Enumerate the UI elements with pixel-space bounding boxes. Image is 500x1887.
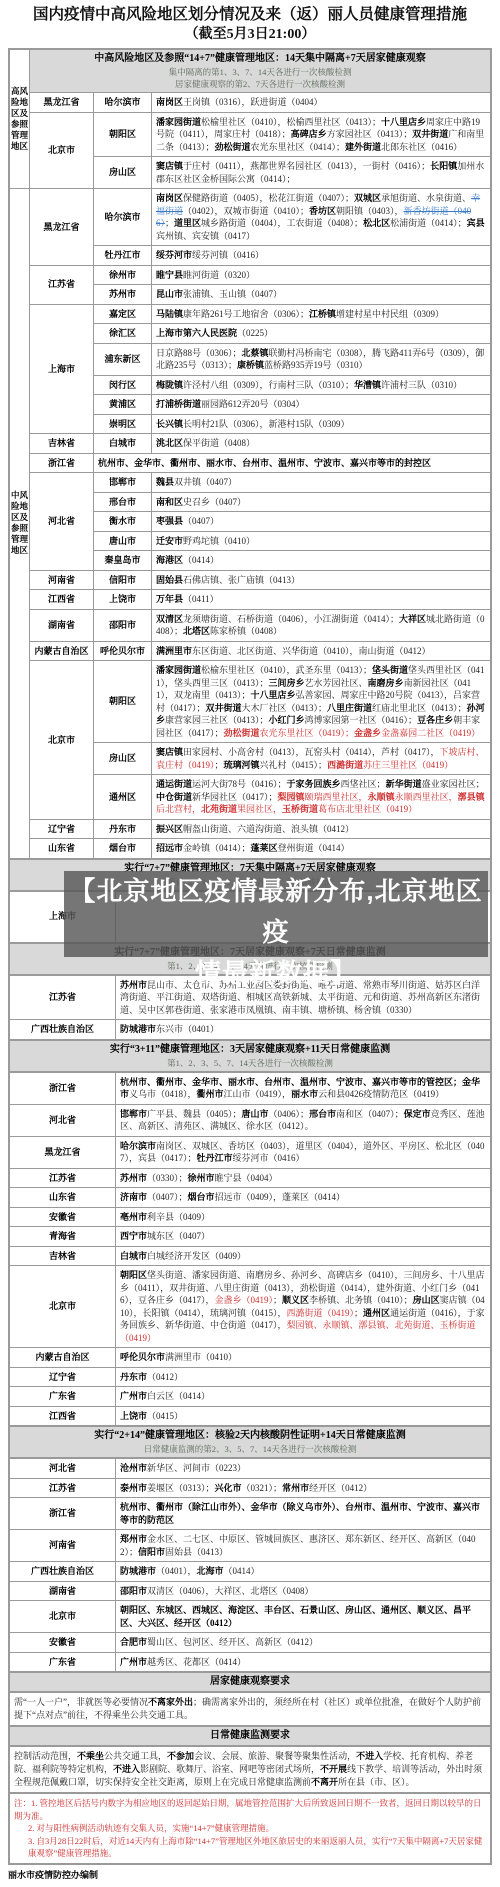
area-content-cell: 邵阳市双清区（0406），大祥区、北塔区（0408）	[116, 1581, 491, 1601]
city-cell: 朝阳区	[94, 112, 152, 157]
text-segment: 农光东里社区（0414）；	[251, 142, 346, 152]
area-content-cell: 苏州市（0330）；徐州市睢宁县（0404）	[116, 1168, 491, 1188]
area-content-cell: 睢宁县睢河街道（0320）	[152, 265, 491, 285]
text-segment: 打浦桥街道	[156, 399, 201, 409]
area-content-cell: 丹东市（0412）	[116, 1367, 491, 1387]
text-segment: 豆各庄乡	[417, 715, 453, 725]
text-segment: 白城经济开发区（0409）	[147, 1251, 246, 1261]
table-row: 河北省沧州市新华区、河间市（0223）	[10, 1459, 491, 1479]
table-row: 北京市朝阳区潘家园街道松榆东里社区（0410），武圣东里（0413）；垡头街道垡…	[10, 661, 491, 743]
band-2-14: 实行“2+14”健康管理地区：核验2天内核酸阴性证明+14天日常健康监测日常健康…	[9, 1426, 491, 1458]
area-content-cell: 白城市白城经济开发区（0409）	[116, 1246, 491, 1266]
text-segment: 所在县（市、区）。	[338, 1777, 415, 1787]
risk-label-cell: 中风险地区及参照管理地区	[10, 189, 30, 859]
text-segment: 高碑店乡	[291, 129, 327, 139]
area-content-cell: 满洲里市东区街道、北区街道、兴华街道（0410），南山街道（0412）	[152, 641, 491, 661]
table-row: 吉林省白城市洮北区保平街道（0408）	[10, 434, 491, 454]
text-segment: 康年路261号工地宿舍（0306）；	[183, 309, 309, 319]
city-cell: 房山区	[94, 157, 152, 189]
risk-header-cell: 中高风险地区及参照“14+7”健康管理地区：14天集中隔离+7天居家健康观察集中…	[30, 50, 491, 93]
area-content-cell: 万年县（0411）	[152, 590, 491, 610]
text-segment: 东兴市（0401）	[156, 1024, 219, 1034]
text-segment: 杭州市、衢州市、金华市、丽水市、台州市、温州市、宁波市、嘉兴市等市的管控区；	[120, 1077, 462, 1087]
province-cell: 辽宁省	[30, 819, 94, 839]
requirement-text-cell: 控制活动范围，不乘坐公共交通工具，不参加会议、会展、旅游、聚餐等聚集性活动，不进…	[10, 1747, 491, 1793]
text-segment: 睢宁县（0404）	[215, 1173, 278, 1183]
area-content-cell: 朝阳区垡头街道、潘家园街道、南磨房乡、孙河乡、高碑店乡（0410），三间房乡、十…	[116, 1266, 491, 1348]
text-segment: ；	[165, 218, 174, 228]
text-segment: 长明村21队（0306），新港村15队（0309）	[183, 419, 350, 429]
text-segment: 万年县	[156, 594, 183, 604]
text-segment: 云和县0426疫情防范区（0419）	[318, 1089, 444, 1099]
province-cell: 广东省	[10, 1652, 116, 1672]
text-segment: 北郎东社区（0416）	[381, 142, 462, 152]
province-cell: 河南省	[10, 1530, 116, 1562]
text-segment: 昆山市	[156, 289, 183, 299]
area-content-cell: 合肥市蜀山区、包河区、经开区、高新区（0412）	[116, 1633, 491, 1653]
text-segment: 八里庄街道	[327, 703, 372, 713]
text-segment: 康营家园三社区（0413）；	[165, 715, 269, 725]
text-segment: 绥芬河镇（0416）	[192, 250, 264, 260]
area-content-cell: 潘家园街道松榆东里社区（0410），武圣东里（0413）；垡头街道垡头西里社区（…	[152, 661, 491, 743]
text-segment: 招远市（0409），蓬莱区（0414）	[215, 1192, 346, 1202]
city-cell: 烟台市	[94, 839, 152, 859]
text-segment: 迁安市	[156, 536, 183, 546]
text-segment: 枣强县	[156, 516, 183, 526]
area-content-cell: 哈尔滨市南岗区、双城区、香坊区（0403），道里区（0404），道外区、平房区、…	[116, 1136, 491, 1168]
text-segment: 鸿博家园第一社区（0416）；	[305, 715, 418, 725]
text-segment: 金岭镇（0414）；	[183, 843, 251, 853]
text-segment: 马陆镇	[156, 309, 183, 319]
text-segment: 小红门乡	[269, 715, 305, 725]
band-cell: 日常健康监测要求	[10, 1727, 491, 1746]
text-segment: 通州区	[363, 1308, 390, 1318]
text-segment: 南岗区	[156, 97, 183, 107]
city-cell: 房山区	[94, 743, 152, 775]
text-segment: 梅陇镇	[156, 380, 183, 390]
city-cell: 唐山市	[94, 531, 152, 551]
city-cell: 通州区	[94, 775, 152, 820]
text-segment: 长兴镇	[156, 419, 183, 429]
province-cell: 河南省	[30, 570, 94, 590]
text-segment: 绥芬河市	[156, 250, 192, 260]
text-segment: （0407）；	[147, 1192, 188, 1202]
text-segment: 西潞街道	[327, 760, 363, 770]
city-cell: 邢台市	[94, 492, 152, 512]
note-line: 2. 对与阳性病例活动轨迹有交集人员，实施“14+7”健康管理措施。	[28, 1822, 486, 1835]
text-segment: （0414）	[224, 1566, 260, 1576]
province-cell: 辽宁省	[10, 1367, 116, 1387]
text-segment: 信阳市	[138, 1547, 165, 1557]
text-segment: 漷县镇	[458, 792, 485, 802]
province-cell: 北京市	[30, 661, 94, 820]
text-segment: 沧州市	[120, 1463, 147, 1473]
text-segment: 白云区（0414）	[147, 1391, 210, 1401]
text-segment: 衢州市	[197, 1089, 224, 1099]
text-segment: 上海市第六人民医院	[156, 328, 237, 338]
text-segment: 蜀山区、包河区、经开区、高新区（0412）	[147, 1637, 318, 1647]
city-cell: 呼伦贝尔市	[94, 641, 152, 661]
text-segment: 邵阳市	[120, 1586, 147, 1596]
text-segment: 果园社区，	[237, 804, 282, 814]
text-segment: （0406）；	[269, 1109, 310, 1119]
area-content-cell: 打浦桥街道丽园路612弄20号（0304）	[152, 395, 491, 415]
table-row: 河南省信阳市固始县石佛店镇、张广庙镇（0413）	[10, 570, 491, 590]
province-cell: 江苏省	[30, 265, 94, 304]
area-content-cell: 昆山市张浦镇、玉山镇（0407）	[152, 285, 491, 305]
text-segment: 魏县	[156, 477, 174, 487]
province-cell: 江苏省	[10, 1478, 116, 1498]
area-content-cell: 防城港市东兴市（0401）	[116, 1020, 491, 1040]
city-cell: 白城市	[94, 434, 152, 454]
text-segment: 徐州市	[188, 1173, 215, 1183]
text-segment: 固始县	[156, 575, 183, 585]
text-segment: 田家园村、小高舍村（0413），瓦窑头村（0414），芦村（0417），	[183, 747, 440, 757]
text-segment: 西潞街道（0419）	[287, 1308, 355, 1318]
area-content-cell: 迁安市野鸡坨镇（0410）	[152, 531, 491, 551]
city-cell: 朝阳区	[94, 661, 152, 743]
table-row: 内蒙古自治区呼伦贝尔市满洲里市（0410）	[10, 1348, 491, 1368]
text-segment: 农光东里社区（0419）；	[260, 728, 355, 738]
text-segment: 登州街道（0414）	[278, 843, 350, 853]
text-segment: 北蔡镇	[242, 348, 269, 358]
text-segment: 中仓街道	[156, 792, 192, 802]
text-segment: 亳州市	[120, 1212, 147, 1222]
table-row: 广东省广州市越秀区、花都区（0414）	[10, 1652, 491, 1672]
text-segment: 海港区	[156, 555, 183, 565]
province-cell: 黑龙江省	[30, 189, 94, 266]
text-segment: 蓬莱区	[251, 843, 278, 853]
text-segment: （0411）	[183, 594, 219, 604]
text-segment: 郑州市	[120, 1534, 147, 1544]
text-segment: 潘家园街道	[156, 117, 201, 127]
band-title: 居家健康观察要求	[14, 1675, 486, 1689]
text-segment: 大木厂社区（0413）；	[242, 703, 328, 713]
text-segment: 南和区	[156, 497, 183, 507]
text-segment: 北苑街道	[201, 804, 237, 814]
text-segment: 宾州镇、宾安镇（0417）	[156, 231, 255, 241]
province-cell: 山东省	[30, 839, 94, 859]
text-segment: 王岗镇（0316），跃进街道（0404）	[183, 97, 323, 107]
province-cell: 河北省	[10, 1104, 116, 1136]
province-cell: 浙江省	[10, 1072, 116, 1104]
text-segment: 满洲里市	[156, 646, 192, 656]
city-cell: 衡水市	[94, 512, 152, 532]
text-segment: 承旭街道、水泉街道、	[381, 193, 471, 203]
text-segment: 艺水芳园社区、	[305, 678, 368, 688]
text-segment: 南和区（0407）；	[336, 1109, 404, 1119]
text-segment: 于庄村（0411），燕都世界名园社区（0413），一街村（0416）；	[183, 161, 430, 171]
text-segment: 朝阳镇（0403），	[336, 206, 404, 216]
text-segment: 南磨房乡	[368, 678, 404, 688]
province-cell: 广西壮族自治区	[10, 1020, 116, 1040]
table-row: 实行“2+14”健康管理地区：核验2天内核酸阴性证明+14天日常健康监测日常健康…	[10, 1427, 491, 1458]
area-content-cell: 洮北区保平街道（0408）	[152, 434, 491, 454]
text-segment: 许泾村八组（0309），行南村三队（0310）；	[183, 380, 354, 390]
watermark-line-2: 情最新数据】	[64, 953, 488, 994]
text-segment: 野鸡坨镇（0410）	[183, 536, 255, 546]
text-segment: 泰州市	[120, 1483, 147, 1493]
area-content-cell: 郑州市金水区、二七区、中原区、管城回族区、惠济区、郑东新区、经开区、高新区（04…	[116, 1530, 491, 1562]
text-segment: 兴化市	[215, 1483, 242, 1493]
province-cell: 江西省	[10, 1406, 116, 1426]
text-segment: 丹东市	[120, 1372, 147, 1382]
text-segment: 姜堰区（0313）；	[147, 1483, 215, 1493]
table-row: 中风险地区及参照管理地区黑龙江省哈尔滨市南岗区保健路街道（0405），松花江街道…	[10, 189, 491, 246]
text-segment: 新华区、河间市（0223）	[147, 1463, 246, 1473]
city-cell: 崇明区	[94, 414, 152, 434]
text-segment: 增建村星中村民组（0309）	[336, 309, 444, 319]
area-content-cell: 窦店镇田家园村、小高舍村（0413），瓦窑头村（0414），芦村（0417），下…	[152, 743, 491, 775]
table-row: 吉林省白城市白城经济开发区（0409）	[10, 1246, 491, 1266]
text-segment: 香坊区	[309, 206, 336, 216]
text-segment: 上饶市	[120, 1411, 147, 1421]
province-cell: 安徽省	[10, 1633, 116, 1653]
text-segment: （0402），双城市街道（0410）；	[183, 206, 309, 216]
text-segment: 松浦街道（0414）；	[390, 218, 467, 228]
text-segment: 房山区	[413, 1295, 440, 1305]
city-cell: 信阳市	[94, 570, 152, 590]
area-content-cell: 绥芬河市绥芬河镇（0416）	[152, 246, 491, 266]
text-segment: 红庙北里北区（0413）；	[372, 703, 467, 713]
text-segment: （0321）；	[242, 1483, 283, 1493]
city-cell: 邯郸市	[94, 473, 152, 493]
table-row: 北京市朝阳区垡头街道、潘家园街道、南磨房乡、孙河乡、高碑店乡（0410），三间房…	[10, 1266, 491, 1348]
band-subtitle: 日常健康监测的第2、3、5、7、14天各进行一次核酸检测	[14, 1443, 486, 1455]
text-segment: 帽盔山街道、六道沟街道、浪头镇（0412）	[183, 824, 354, 834]
text-segment: 广州市	[120, 1657, 147, 1667]
text-segment: 邢台市	[309, 1109, 336, 1119]
table-row: 山东省济南市（0407）；烟台市招远市（0409），蓬莱区（0414）	[10, 1188, 491, 1208]
band-title: 日常健康监测要求	[14, 1729, 486, 1743]
text-segment: 东区街道、北区街道、兴华街道（0410），南山街道（0412）	[192, 646, 431, 656]
band-home-observe: 居家健康观察要求	[9, 1672, 491, 1692]
text-segment: 哈尔滨市	[120, 1141, 156, 1151]
text-segment: 通运街道	[156, 779, 192, 789]
text-segment: 北海市	[197, 1566, 224, 1576]
province-cell: 内蒙古自治区	[10, 1348, 116, 1368]
band-subtitle: 居家健康观察的第2、7天各进行一次核酸检测	[34, 78, 486, 90]
province-cell: 山东省	[10, 1188, 116, 1208]
province-cell: 浙江省	[10, 1498, 116, 1530]
area-content-cell: 梅陇镇许泾村八组（0309），行南村三队（0310）；华漕镇许浦村三队（0310…	[152, 375, 491, 395]
area-content-cell: 枣强县（0407）	[152, 512, 491, 532]
text-segment: 朝阳区	[120, 1270, 147, 1280]
area-content-cell: 招远市金岭镇（0414）；蓬莱区登州街道（0414）	[152, 839, 491, 859]
text-segment: 十八里店乡	[251, 690, 296, 700]
text-segment: 不参加	[167, 1751, 194, 1761]
text-segment: ；	[354, 1308, 363, 1318]
table-row: 注：1. 管控地区后括号内数字为相应地区的返回起始日期，属地管控范围扩大后所致返…	[10, 1794, 491, 1864]
text-segment: 江桥镇	[309, 309, 336, 319]
text-segment: 新华园社区（0417）；	[192, 792, 278, 802]
text-segment: 绥芬河市（0416）	[233, 1153, 305, 1163]
area-content-cell: 通运街道运河大街78号（0416）；于家务回族乡西垡社区；新华街道盛业家园社区；…	[152, 775, 491, 820]
text-segment: （0414）	[183, 555, 219, 565]
province-cell: 北京市	[10, 1266, 116, 1348]
province-cell: 广西壮族自治区	[10, 1562, 116, 1582]
area-content-cell: 振兴区帽盔山街道、六道沟街道、浪头镇（0412）	[152, 819, 491, 839]
province-cell: 青海省	[10, 1227, 116, 1247]
text-segment: 金盏乡	[354, 728, 381, 738]
text-segment: 道里区	[174, 218, 201, 228]
text-segment: 满洲里市（0410）	[165, 1352, 237, 1362]
text-segment: 保定市	[404, 1109, 431, 1119]
text-segment: 济南市	[120, 1192, 147, 1202]
text-segment: 后北营村，	[156, 804, 201, 814]
province-cell: 江苏省	[10, 1168, 116, 1188]
area-content-cell: 亳州市利辛县（0409）	[116, 1207, 491, 1227]
text-segment: 西垡社区；	[341, 779, 386, 789]
text-segment: 长阳镇	[430, 161, 457, 171]
table-row: 上海市嘉定区马陆镇康年路261号工地宿舍（0306）；江桥镇增建村星中村民组（0…	[10, 304, 491, 324]
section-2-14: 河北省沧州市新华区、河间市（0223）江苏省泰州市姜堰区（0313）；兴化市（0…	[9, 1458, 491, 1672]
text-segment: 华漕镇	[354, 380, 381, 390]
province-cell: 吉林省	[10, 1246, 116, 1266]
page: 国内疫情中高风险地区划分情况及来（返）丽人员健康管理措施 （截至5月3日21:0…	[0, 0, 500, 1881]
text-segment: 江山市（0419），	[224, 1089, 292, 1099]
watermark: 【北京地区疫情最新分布,北京地区疫 情最新数据】	[64, 871, 488, 957]
text-segment: 琉璃河镇	[224, 760, 260, 770]
area-content-cell: 上饶市（0415）	[116, 1406, 491, 1426]
text-segment: 需“一人一户”，非就医等必要情况	[14, 1697, 148, 1707]
text-segment: 不进入	[356, 1751, 383, 1761]
text-segment: 呼伦贝尔市	[120, 1352, 165, 1362]
area-content-cell: 西宁市城东区（0407）	[116, 1227, 491, 1247]
band-cell: 实行“3+11”健康管理地区：3天居家健康观察+11天日常健康监测第1、2、3、…	[10, 1040, 491, 1071]
section-3-11: 浙江省杭州市、衢州市、金华市、丽水市、台州市、温州市、宁波市、嘉兴市等市的管控区…	[9, 1072, 491, 1427]
table-row: 日常健康监测要求	[10, 1727, 491, 1746]
notes-cell: 注：1. 管控地区后括号内数字为相应地区的返回起始日期，属地管控范围扩大后所致返…	[10, 1794, 491, 1864]
notes: 注：1. 管控地区后括号内数字为相应地区的返回起始日期，属地管控范围扩大后所致返…	[9, 1793, 491, 1864]
text-segment: 广州市	[120, 1391, 147, 1401]
text-segment: 公共交通工具，	[104, 1751, 167, 1761]
table-row: 黑龙江省哈尔滨市南岗区王岗镇（0316），跃进街道（0404）	[10, 93, 491, 113]
table-row: 江西省上饶市（0415）	[10, 1406, 491, 1426]
band-daily-monitor: 日常健康监测要求	[9, 1726, 491, 1746]
text-segment: 宾县	[467, 218, 485, 228]
city-cell: 苏州市	[94, 285, 152, 305]
text-segment: 陈家桥镇（0408）	[210, 626, 282, 636]
area-content-cell: 呼伦贝尔市满洲里市（0410）	[116, 1348, 491, 1368]
table-row: 河北省邯郸市广平县、魏县（0405）；唐山市（0406）；邢台市南和区（0407…	[10, 1104, 491, 1136]
text-segment: 潘家园街道	[156, 665, 201, 675]
text-segment: 顺义区	[282, 1295, 309, 1305]
text-segment: 经开区（0412）	[309, 1483, 372, 1493]
text-segment: 招远市	[156, 843, 183, 853]
text-segment: 许浦村三队（0310）	[381, 380, 462, 390]
text-segment: （0407）	[183, 516, 219, 526]
text-segment: 保平街道（0408）	[183, 438, 255, 448]
footer-credit: 丽水市疫情防控办编制	[8, 1868, 500, 1881]
city-cell: 哈尔滨市	[94, 189, 152, 246]
table-row: 河南省郑州市金水区、二七区、中原区、管城回族区、惠济区、郑东新区、经开区、高新区…	[10, 1530, 491, 1562]
area-content-cell: 日京路88号（0306）；北蔡镇联勤村冯桥南宅（0308），腾飞路411弄6号（…	[152, 343, 491, 375]
text-segment: 唐山市	[242, 1109, 269, 1119]
city-cell: 黄浦区	[94, 395, 152, 415]
text-segment: 金盏嘉园二社区（0419）	[381, 728, 480, 738]
risk-table: 高风险地区及参照管理地区中高风险地区及参照“14+7”健康管理地区：14天集中隔…	[9, 49, 491, 859]
area-content-cell: 防城港市（0401），北海市（0414）	[116, 1562, 491, 1582]
document-title: 国内疫情中高风险地区划分情况及来（返）丽人员健康管理措施	[0, 5, 500, 25]
text-segment: 松榆里社区（0410），松榆西里社区（0413）；	[201, 117, 381, 127]
text-segment: 不离家外出	[148, 1697, 193, 1707]
area-content-cell: 南和区史召乡（0407）	[152, 492, 491, 512]
province-cell: 广东省	[10, 1387, 116, 1407]
text-segment: 城乡路街道（0404），工农街道（0408）；	[201, 218, 363, 228]
text-segment: 城东区（0407）	[147, 1231, 210, 1241]
text-segment: 双清区（0406），大祥区、北塔区（0408）	[147, 1586, 314, 1596]
text-segment: 南岗区	[156, 193, 183, 203]
text-segment: 蓝桥路935弄19号（0310）	[264, 360, 368, 370]
band-cell: 实行“2+14”健康管理地区：核验2天内核酸阴性证明+14天日常健康监测日常健康…	[10, 1427, 491, 1458]
table-row: 江苏省苏州市（0330）；徐州市睢宁县（0404）	[10, 1168, 491, 1188]
text-segment: 李桥镇、北务镇（0410）；	[309, 1295, 413, 1305]
text-segment: 常州市	[282, 1483, 309, 1493]
band-3-11: 实行“3+11”健康管理地区：3天居家健康观察+11天日常健康监测第1、2、3、…	[9, 1040, 491, 1072]
band-subtitle: 第1、2、3、5、7、14天各进行一次核酸检测	[14, 1057, 486, 1069]
text-segment: 控制活动范围，	[14, 1751, 77, 1761]
table-row: 居家健康观察要求	[10, 1673, 491, 1692]
text-segment: （0401），	[156, 1566, 197, 1576]
table-row: 实行“3+11”健康管理地区：3天居家健康观察+11天日常健康监测第1、2、3、…	[10, 1040, 491, 1071]
text-home-observe: 需“一人一户”，非就医等必要情况不离家外出；确需离家外出的，须经所在村（社区）或…	[9, 1692, 491, 1726]
text-segment: 双井街道	[206, 703, 242, 713]
area-content-cell: 窦店镇于庄村（0411），燕都世界名园社区（0413），一街村（0416）；长阳…	[152, 157, 491, 189]
city-cell: 徐州市	[94, 265, 152, 285]
text-segment: 龙须塘街道、石桥街道（0406），小江湖街道（0414）；	[183, 614, 399, 624]
text-segment: 牡丹江市	[197, 1153, 233, 1163]
area-content-cell: 南岗区保健路街道（0405），松花江街道（0407）；双城区承旭街道、水泉街道、…	[152, 189, 491, 246]
table-row: 湖南省邵阳市双清区龙须塘街道、石桥街道（0406），小江湖街道（0414）；大祥…	[10, 609, 491, 641]
area-content-cell: 朝阳区、东城区、西城区、海淀区、丰台区、石景山区、房山区、通州区、顺义区、昌平区…	[116, 1601, 491, 1633]
text-segment: 三间房乡	[269, 678, 305, 688]
table-row: 山东省烟台市招远市金岭镇（0414）；蓬莱区登州街道（0414）	[10, 839, 491, 859]
text-segment: 北塔区	[183, 626, 210, 636]
table-row: 江苏省泰州市姜堰区（0313）；兴化市（0321）；常州市经开区（0412）	[10, 1478, 491, 1498]
province-cell: 黑龙江省	[30, 93, 94, 113]
text-segment: 杭州市、衢州市（除江山市外）、金华市（除义乌市外）、台州市、温州市、宁波市、嘉兴…	[120, 1502, 480, 1525]
city-cell: 哈尔滨市	[94, 93, 152, 113]
text-segment: 朝阳区、东城区、西城区、海淀区、丰台区、石景山区、房山区、通州区、顺义区、昌平区…	[120, 1605, 471, 1628]
city-cell: 丹东市	[94, 819, 152, 839]
province-cell: 河北省	[10, 1459, 116, 1479]
text-segment: 垡头街道	[372, 665, 408, 675]
city-cell: 邵阳市	[94, 609, 152, 641]
text-segment: 双井镇（0407）	[174, 477, 237, 487]
city-cell: 上饶市	[94, 590, 152, 610]
text-segment: ；	[273, 1295, 282, 1305]
text-segment: 苏州市	[120, 1173, 147, 1183]
area-content-cell: 广州市越秀区、花都区（0414）	[116, 1652, 491, 1672]
text-segment: 盛业家园社区；	[422, 779, 485, 789]
text-segment: 永顺西里社区，	[395, 792, 458, 802]
table-row: 辽宁省丹东市振兴区帽盔山街道、六道沟街道、浪头镇（0412）	[10, 819, 491, 839]
text-segment: 越秀区、花都区（0414）	[147, 1657, 246, 1667]
table-row: 湖南省邵阳市双清区（0406），大祥区、北塔区（0408）	[10, 1581, 491, 1601]
text-segment: 睢河街道（0320）	[183, 270, 255, 280]
text-segment: 利辛县（0409）	[147, 1212, 210, 1222]
text-segment: 康桥镇	[237, 360, 264, 370]
text-segment: （0415）	[147, 1411, 183, 1421]
province-cell: 黑龙江省	[10, 1136, 116, 1168]
text-segment: 劲松街道	[215, 142, 251, 152]
text-segment: 新华街道	[386, 779, 422, 789]
table-row: 浙江省杭州市、衢州市、金华市、丽水市、台州市、温州市、宁波市、嘉兴市等市的管控区…	[10, 1072, 491, 1104]
text-segment: 杭州市、金华市、衢州市、丽水市、台州市、温州市、宁波市、嘉兴市等市的封控区	[98, 458, 431, 468]
band-title: 实行“2+14”健康管理地区：核验2天内核酸阴性证明+14天日常健康监测	[14, 1429, 486, 1443]
text-segment: 劲松街道	[224, 728, 260, 738]
